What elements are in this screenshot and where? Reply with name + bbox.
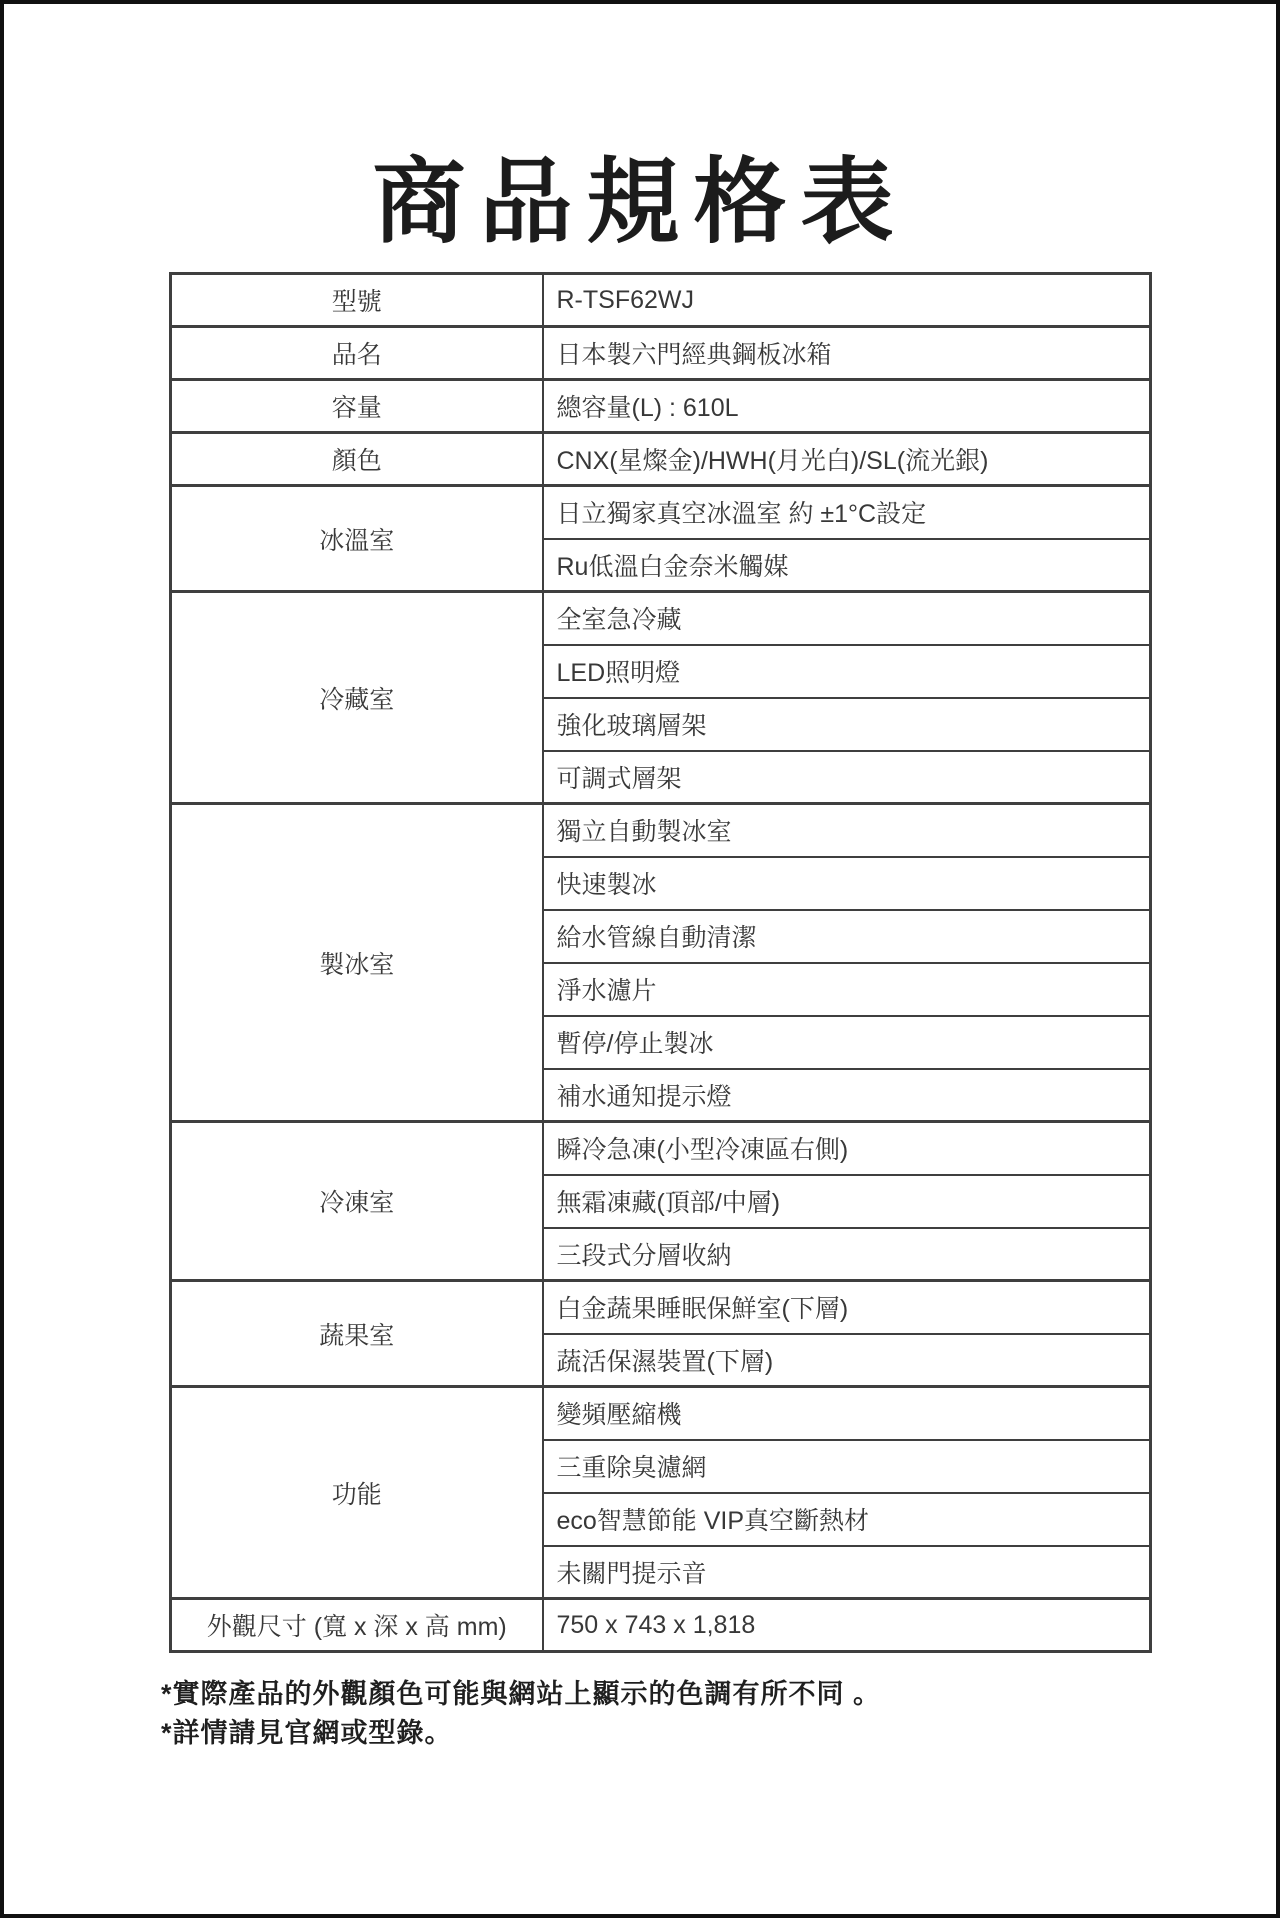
spec-group-label: 顏色 <box>171 433 543 486</box>
spec-value: 給水管線自動清潔 <box>543 910 1151 963</box>
spec-group-label: 冷凍室 <box>171 1122 543 1281</box>
spec-value: 補水通知提示燈 <box>543 1069 1151 1122</box>
spec-value: 白金蔬果睡眠保鮮室(下層) <box>543 1281 1151 1334</box>
spec-value: 強化玻璃層架 <box>543 698 1151 751</box>
spec-group-label: 冰溫室 <box>171 486 543 592</box>
spec-value: R-TSF62WJ <box>543 274 1151 327</box>
footnote-color-disclaimer: *實際產品的外觀顏色可能與網站上顯示的色調有所不同 。 <box>161 1680 1141 1709</box>
spec-group-label: 蔬果室 <box>171 1281 543 1387</box>
page-title: 商品規格表 <box>4 152 1276 252</box>
spec-value: CNX(星燦金)/HWH(月光白)/SL(流光銀) <box>543 433 1151 486</box>
spec-group-label: 功能 <box>171 1387 543 1599</box>
spec-row: 製冰室獨立自動製冰室 <box>171 804 1151 857</box>
spec-value: 全室急冷藏 <box>543 592 1151 645</box>
spec-row: 冷凍室瞬冷急凍(小型冷凍區右側) <box>171 1122 1151 1175</box>
spec-row: 功能變頻壓縮機 <box>171 1387 1151 1440</box>
spec-value: 三重除臭濾網 <box>543 1440 1151 1493</box>
spec-table: 型號R-TSF62WJ品名日本製六門經典鋼板冰箱容量總容量(L) : 610L顏… <box>169 272 1152 1653</box>
spec-value: 暫停/停止製冰 <box>543 1016 1151 1069</box>
spec-row: 外觀尺寸 (寬 x 深 x 高 mm)750 x 743 x 1,818 <box>171 1599 1151 1652</box>
spec-value: 變頻壓縮機 <box>543 1387 1151 1440</box>
spec-value: 可調式層架 <box>543 751 1151 804</box>
spec-value: 無霜凍藏(頂部/中層) <box>543 1175 1151 1228</box>
spec-row: 顏色CNX(星燦金)/HWH(月光白)/SL(流光銀) <box>171 433 1151 486</box>
spec-row: 容量總容量(L) : 610L <box>171 380 1151 433</box>
spec-group-label: 型號 <box>171 274 543 327</box>
spec-row: 冷藏室全室急冷藏 <box>171 592 1151 645</box>
spec-value: 淨水濾片 <box>543 963 1151 1016</box>
spec-sheet-page: 商品規格表 型號R-TSF62WJ品名日本製六門經典鋼板冰箱容量總容量(L) :… <box>0 0 1280 1918</box>
spec-row: 型號R-TSF62WJ <box>171 274 1151 327</box>
spec-value: 快速製冰 <box>543 857 1151 910</box>
spec-value: 未關門提示音 <box>543 1546 1151 1599</box>
spec-row: 冰溫室日立獨家真空冰溫室 約 ±1°C設定 <box>171 486 1151 539</box>
spec-group-label: 外觀尺寸 (寬 x 深 x 高 mm) <box>171 1599 543 1652</box>
footnotes: *實際產品的外觀顏色可能與網站上顯示的色調有所不同 。 *詳情請見官網或型錄。 <box>161 1680 1141 1758</box>
spec-group-label: 冷藏室 <box>171 592 543 804</box>
spec-row: 蔬果室白金蔬果睡眠保鮮室(下層) <box>171 1281 1151 1334</box>
spec-value: 總容量(L) : 610L <box>543 380 1151 433</box>
spec-value: 日本製六門經典鋼板冰箱 <box>543 327 1151 380</box>
spec-value: eco智慧節能 VIP真空斷熱材 <box>543 1493 1151 1546</box>
spec-value: 750 x 743 x 1,818 <box>543 1599 1151 1652</box>
spec-value: 獨立自動製冰室 <box>543 804 1151 857</box>
footnote-see-website: *詳情請見官網或型錄。 <box>161 1719 1141 1748</box>
spec-row: 品名日本製六門經典鋼板冰箱 <box>171 327 1151 380</box>
spec-value: Ru低溫白金奈米觸媒 <box>543 539 1151 592</box>
spec-group-label: 容量 <box>171 380 543 433</box>
spec-value: 日立獨家真空冰溫室 約 ±1°C設定 <box>543 486 1151 539</box>
spec-group-label: 製冰室 <box>171 804 543 1122</box>
spec-value: LED照明燈 <box>543 645 1151 698</box>
spec-value: 蔬活保濕裝置(下層) <box>543 1334 1151 1387</box>
spec-value: 三段式分層收納 <box>543 1228 1151 1281</box>
spec-group-label: 品名 <box>171 327 543 380</box>
spec-value: 瞬冷急凍(小型冷凍區右側) <box>543 1122 1151 1175</box>
spec-table-body: 型號R-TSF62WJ品名日本製六門經典鋼板冰箱容量總容量(L) : 610L顏… <box>171 274 1151 1652</box>
